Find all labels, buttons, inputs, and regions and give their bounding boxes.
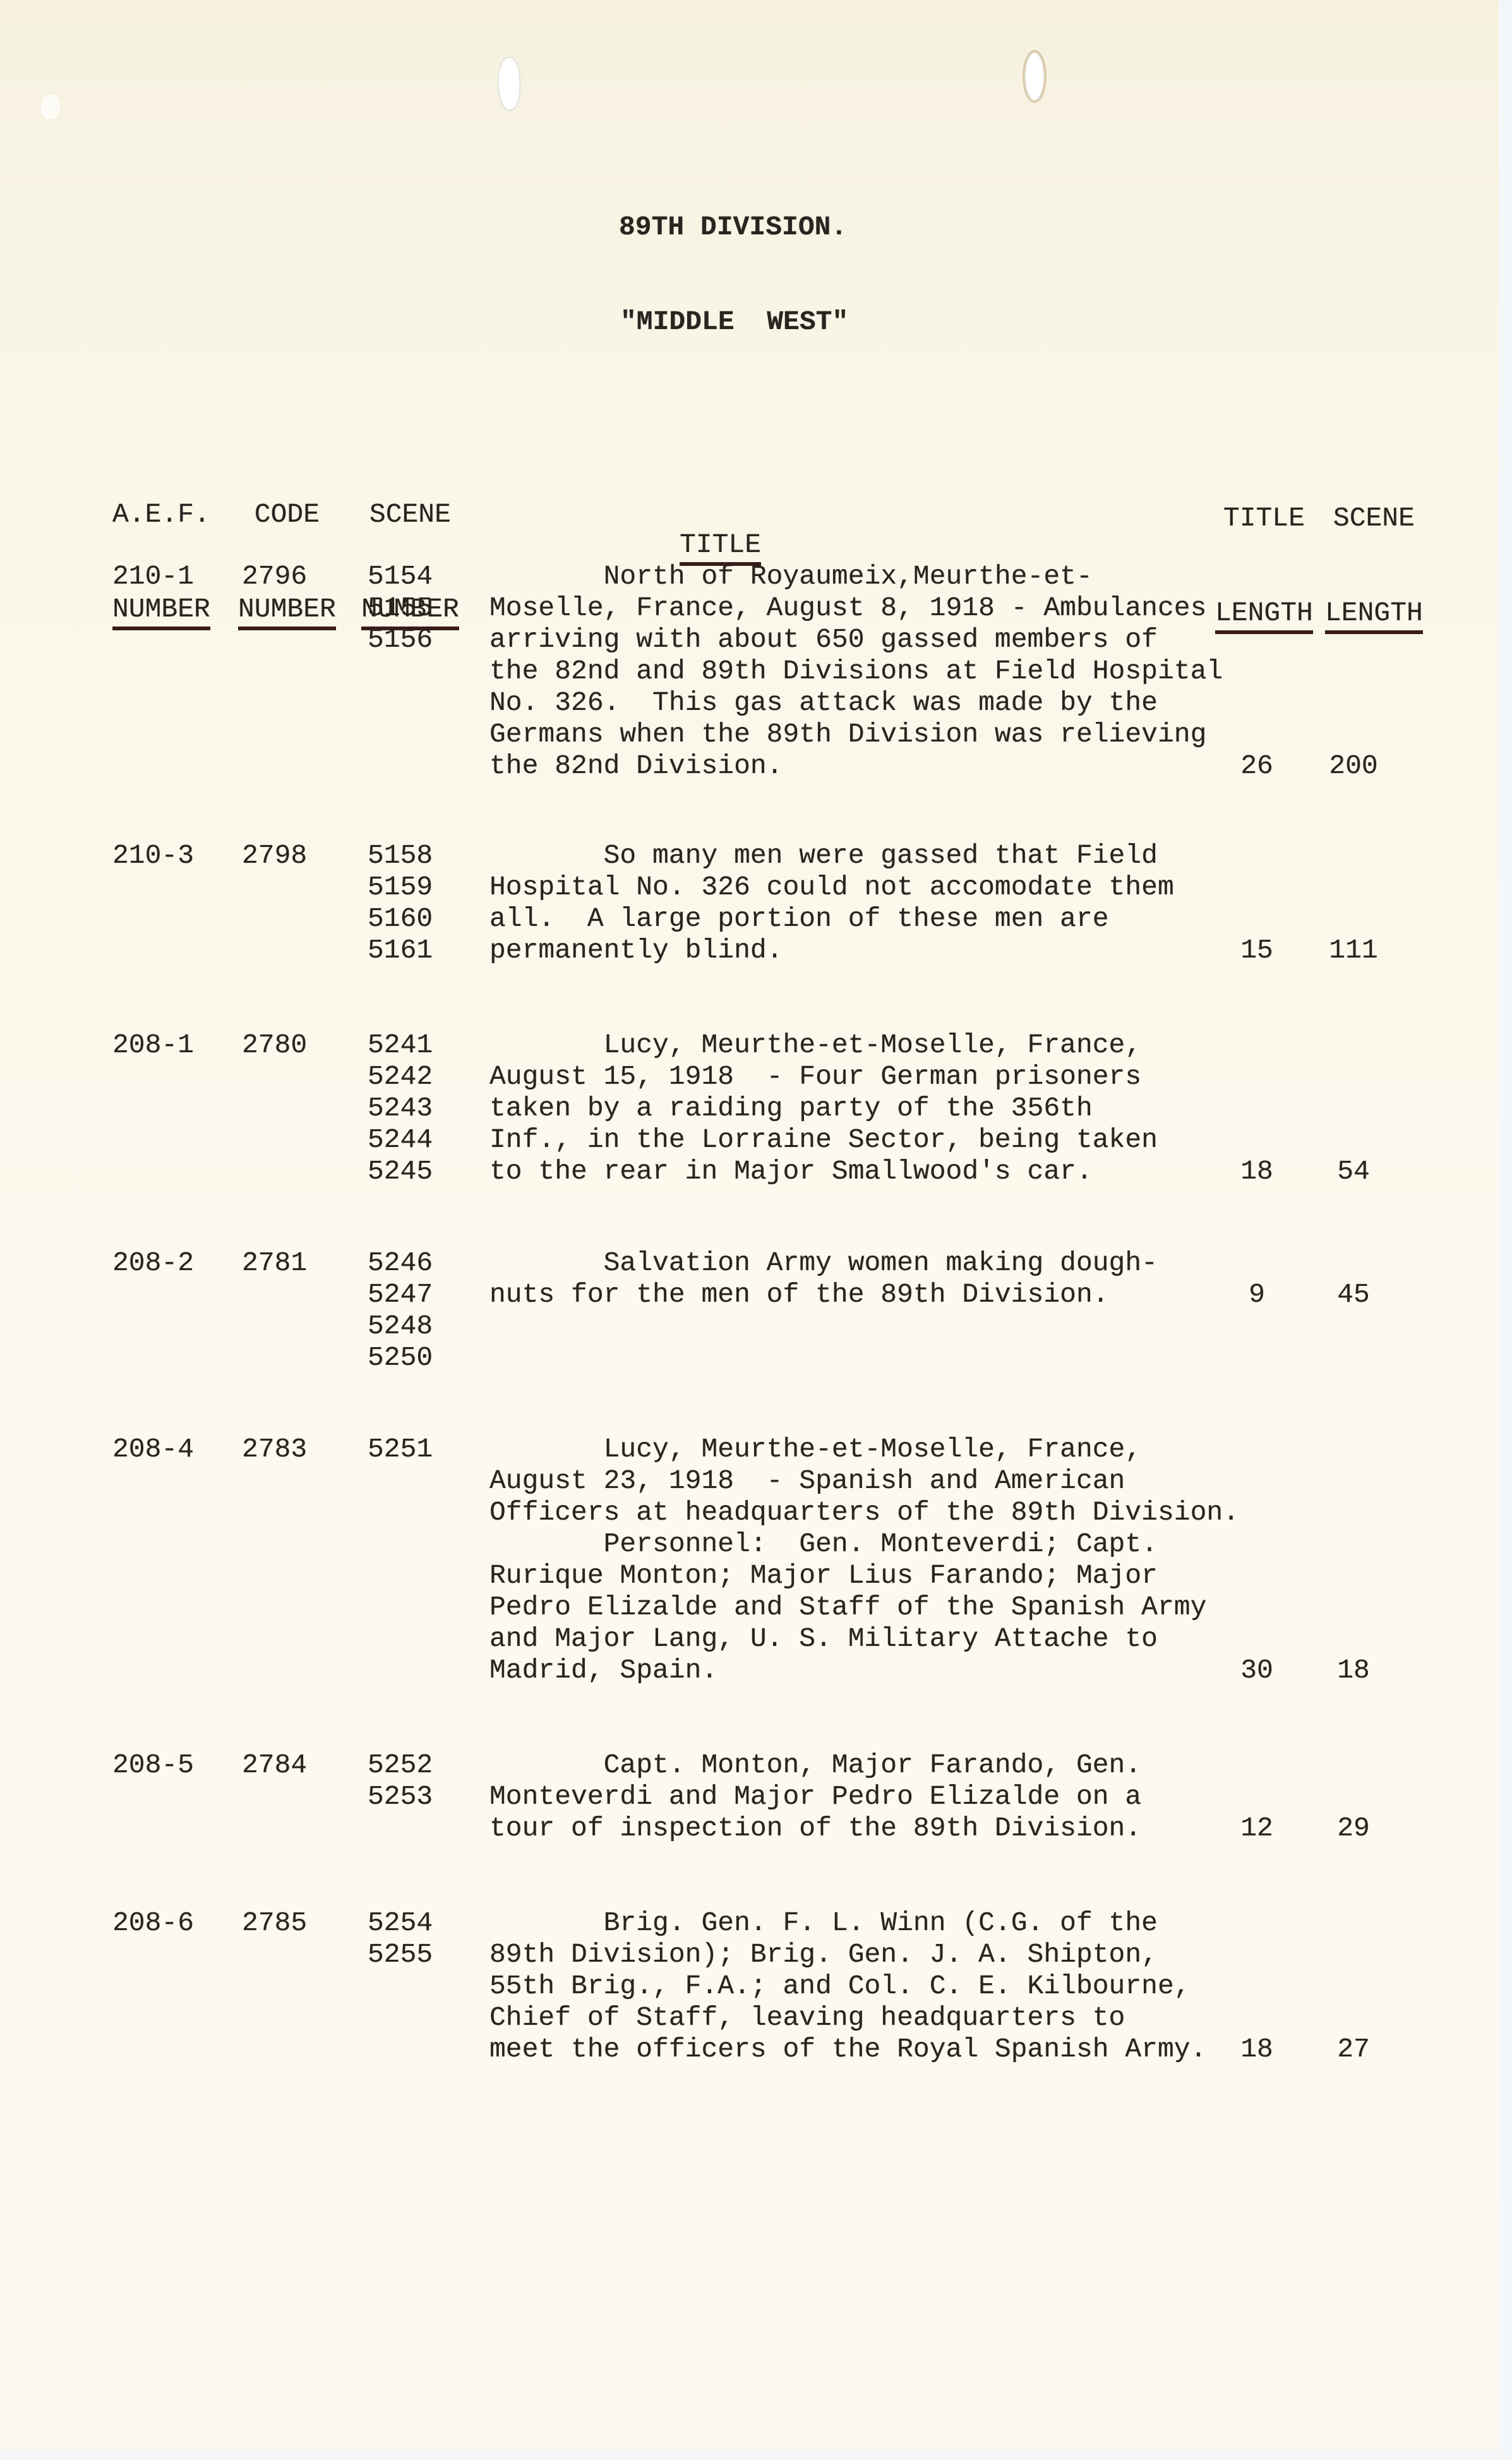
scene-number: 5242 <box>368 1061 433 1093</box>
aef-number: 208-1 <box>112 1029 194 1061</box>
title-line: all. A large portion of these men are <box>489 903 1174 935</box>
document-title: 89TH DIVISION. <box>619 212 847 243</box>
punch-hole-icon <box>1024 52 1045 101</box>
scene-length: 200 <box>1319 750 1388 782</box>
scene-number: 5158 <box>368 840 433 872</box>
title-length: 12 <box>1228 1813 1285 1844</box>
column-header-code-number: CODE NUMBER <box>238 436 336 662</box>
scene-number: 5250 <box>368 1342 433 1374</box>
code-number: 2781 <box>242 1247 307 1279</box>
scene-number: 5251 <box>368 1434 433 1465</box>
title-line: 89th Division); Brig. Gen. J. A. Shipton… <box>489 1939 1206 1971</box>
aef-number: 208-5 <box>112 1749 194 1781</box>
title-line: 55th Brig., F.A.; and Col. C. E. Kilbour… <box>489 1971 1206 2002</box>
scene-length: 29 <box>1319 1813 1388 1844</box>
title-line: August 23, 1918 - Spanish and American <box>489 1465 1239 1497</box>
scene-numbers: 52415242524352445245 <box>368 1029 433 1187</box>
title-line: to the rear in Major Smallwood's car. <box>489 1156 1158 1187</box>
aef-number: 208-2 <box>112 1247 194 1279</box>
aef-number: 208-6 <box>112 1907 194 1939</box>
title-line: and Major Lang, U. S. Military Attache t… <box>489 1623 1239 1655</box>
column-header-scene-length: SCENE LENGTH <box>1325 440 1423 666</box>
scene-number: 5154 <box>368 561 433 592</box>
title-line: Lucy, Meurthe-et-Moselle, France, <box>489 1029 1158 1061</box>
code-number: 2796 <box>242 561 307 592</box>
document-subtitle: "MIDDLE WEST" <box>620 306 848 338</box>
title-line: Chief of Staff, leaving headquarters to <box>489 2002 1206 2034</box>
scene-number: 5155 <box>368 592 433 624</box>
title-line: Brig. Gen. F. L. Winn (C.G. of the <box>489 1907 1206 1939</box>
aef-number: 210-3 <box>112 840 194 872</box>
document-page <box>0 0 1499 2451</box>
scene-number: 5253 <box>368 1781 433 1813</box>
scene-numbers: 5251 <box>368 1434 433 1465</box>
title-line: Hospital No. 326 could not accomodate th… <box>489 872 1174 903</box>
scene-length: 18 <box>1319 1655 1388 1686</box>
scene-number: 5245 <box>368 1156 433 1187</box>
title-line: taken by a raiding party of the 356th <box>489 1093 1158 1124</box>
title-description: Lucy, Meurthe-et-Moselle, France,August … <box>489 1029 1158 1187</box>
title-line: Moselle, France, August 8, 1918 - Ambula… <box>489 592 1223 624</box>
code-number: 2798 <box>242 840 307 872</box>
punch-hole-icon <box>498 57 520 111</box>
title-line: meet the officers of the Royal Spanish A… <box>489 2034 1206 2065</box>
scene-number: 5255 <box>368 1939 433 1971</box>
title-length: 18 <box>1228 2034 1285 2065</box>
scene-number: 5160 <box>368 903 433 935</box>
scene-number: 5241 <box>368 1029 433 1061</box>
title-line: August 15, 1918 - Four German prisoners <box>489 1061 1158 1093</box>
code-number: 2784 <box>242 1749 307 1781</box>
title-description: Capt. Monton, Major Farando, Gen.Monteve… <box>489 1749 1141 1844</box>
code-number: 2785 <box>242 1907 307 1939</box>
code-number: 2780 <box>242 1029 307 1061</box>
title-description: Salvation Army women making dough-nuts f… <box>489 1247 1158 1311</box>
scene-number: 5252 <box>368 1749 433 1781</box>
title-line: tour of inspection of the 89th Division. <box>489 1813 1141 1844</box>
title-line: arriving with about 650 gassed members o… <box>489 624 1223 656</box>
title-description: Brig. Gen. F. L. Winn (C.G. of the89th D… <box>489 1907 1206 2065</box>
title-line: Germans when the 89th Division was relie… <box>489 719 1223 750</box>
scene-length: 54 <box>1319 1156 1388 1187</box>
aef-number: 210-1 <box>112 561 194 592</box>
title-line: the 82nd Division. <box>489 750 1223 782</box>
scene-numbers: 5158515951605161 <box>368 840 433 966</box>
title-line: permanently blind. <box>489 935 1174 966</box>
aef-number: 208-4 <box>112 1434 194 1465</box>
scene-number: 5247 <box>368 1279 433 1311</box>
scene-number: 5156 <box>368 624 433 656</box>
scene-length: 27 <box>1319 2034 1388 2065</box>
title-length: 9 <box>1228 1279 1285 1311</box>
title-line: Capt. Monton, Major Farando, Gen. <box>489 1749 1141 1781</box>
title-length: 15 <box>1228 935 1285 966</box>
title-line: the 82nd and 89th Divisions at Field Hos… <box>489 656 1223 687</box>
title-description: So many men were gassed that FieldHospit… <box>489 840 1174 966</box>
scene-number: 5246 <box>368 1247 433 1279</box>
scene-number: 5161 <box>368 935 433 966</box>
scene-numbers: 5246524752485250 <box>368 1247 433 1374</box>
scene-number: 5254 <box>368 1907 433 1939</box>
title-length: 30 <box>1228 1655 1285 1686</box>
scene-numbers: 515451555156 <box>368 561 433 656</box>
title-length: 18 <box>1228 1156 1285 1187</box>
title-line: Personnel: Gen. Monteverdi; Capt. <box>489 1528 1239 1560</box>
paper-tear-icon <box>41 95 60 119</box>
title-line: nuts for the men of the 89th Division. <box>489 1279 1158 1311</box>
column-header-title-length: TITLE LENGTH <box>1215 440 1313 666</box>
title-line: So many men were gassed that Field <box>489 840 1174 872</box>
scene-numbers: 52525253 <box>368 1749 433 1813</box>
title-line: Salvation Army women making dough- <box>489 1247 1158 1279</box>
title-line: Inf., in the Lorraine Sector, being take… <box>489 1124 1158 1156</box>
scene-length: 111 <box>1319 935 1388 966</box>
title-line: Pedro Elizalde and Staff of the Spanish … <box>489 1592 1239 1623</box>
scene-number: 5244 <box>368 1124 433 1156</box>
title-line: Monteverdi and Major Pedro Elizalde on a <box>489 1781 1141 1813</box>
scan-margin-right <box>1499 0 1512 2460</box>
scan-margin-bottom <box>0 2451 1512 2460</box>
title-line: North of Royaumeix,Meurthe-et- <box>489 561 1223 592</box>
scene-length: 45 <box>1319 1279 1388 1311</box>
scene-numbers: 52545255 <box>368 1907 433 1971</box>
title-line: Officers at headquarters of the 89th Div… <box>489 1497 1239 1528</box>
column-header-aef-number: A.E.F. NUMBER <box>112 436 210 662</box>
title-description: North of Royaumeix,Meurthe-et-Moselle, F… <box>489 561 1223 782</box>
title-line: No. 326. This gas attack was made by the <box>489 687 1223 719</box>
scene-number: 5243 <box>368 1093 433 1124</box>
title-line: Lucy, Meurthe-et-Moselle, France, <box>489 1434 1239 1465</box>
scene-number: 5159 <box>368 872 433 903</box>
code-number: 2783 <box>242 1434 307 1465</box>
title-line: Madrid, Spain. <box>489 1655 1239 1686</box>
title-length: 26 <box>1228 750 1285 782</box>
scene-number: 5248 <box>368 1311 433 1342</box>
title-line: Rurique Monton; Major Lius Farando; Majo… <box>489 1560 1239 1592</box>
title-description: Lucy, Meurthe-et-Moselle, France,August … <box>489 1434 1239 1686</box>
